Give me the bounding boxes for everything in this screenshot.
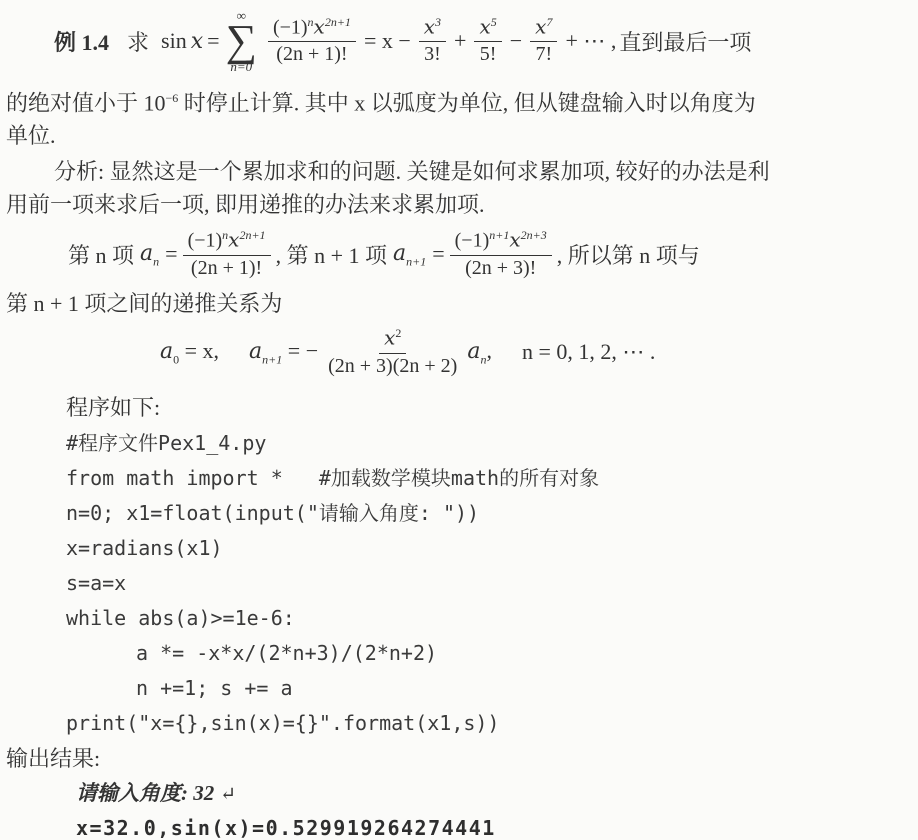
term-x3-fraction: x3 3! (419, 15, 446, 67)
analysis-line-2: 用前一项来求后一项, 即用递推的办法来求累加项. (0, 188, 918, 221)
a-n-fraction: (−1)nx2n+1 (2n + 1)! (183, 228, 271, 280)
summation-symbol: ∞ ∑ n=0 (226, 9, 257, 72)
paragraph-line-unit: 单位. (0, 119, 918, 152)
fraction-denominator: (2n + 1)! (271, 42, 352, 67)
expansion-start: = x − (364, 28, 411, 54)
code-line: n +=1; s += a (0, 671, 918, 706)
enter-key-icon: ↵ (220, 784, 236, 805)
paragraph-line-tolerance: 的绝对值小于 10−6 时停止计算. 其中 x 以弧度为单位, 但从键盘输入时以… (0, 82, 918, 119)
a-n1-lhs: an+1 = − (249, 338, 318, 367)
until-last-term-text: 直到最后一项 (619, 26, 751, 57)
a-n-factor: an, (467, 338, 492, 367)
so-term-n-text: , 所以第 n 项与 (557, 239, 700, 270)
example-label: 例 1.4 (54, 26, 109, 57)
example-formula-line: 例 1.4 求 sin x = ∞ ∑ n=0 (−1)nx2n+1 (2n +… (0, 0, 918, 82)
minus-operator: − (510, 28, 522, 54)
sin-label: sin (161, 28, 187, 54)
fraction-numerator: (−1)n+1x2n+3 (450, 228, 552, 255)
derivation-formula-line: 第 n 项 an = (−1)nx2n+1 (2n + 1)! , 第 n + … (0, 221, 918, 287)
fraction-denominator: (2n + 1)! (186, 256, 267, 281)
fraction-numerator: x5 (474, 15, 501, 42)
equals-sign: = (165, 241, 177, 267)
fraction-numerator: x7 (530, 15, 557, 42)
example-intro: 求 (127, 26, 149, 57)
equals-sign: = (432, 241, 444, 267)
a-n1-fraction: (−1)n+1x2n+3 (2n + 3)! (450, 228, 552, 280)
a-n-symbol: an (140, 240, 159, 269)
term-n1-label: , 第 n + 1 项 (276, 239, 387, 270)
exponent-minus6: −6 (166, 91, 179, 105)
sigma-icon: ∑ (226, 22, 257, 59)
term-x7-fraction: x7 7! (530, 15, 557, 67)
code-line: x=radians(x1) (0, 531, 918, 566)
fraction-numerator: x2 (379, 326, 406, 353)
x-variable: x (191, 29, 203, 54)
analysis-line-1: 分析: 显然这是一个累加求和的问题. 关键是如何求累加项, 较好的办法是利 (0, 155, 918, 188)
program-heading: 程序如下: (0, 390, 918, 426)
fraction-denominator: 7! (530, 42, 557, 67)
fraction-denominator: 5! (475, 42, 502, 67)
code-line: from math import * #加载数学模块math的所有对象 (0, 461, 918, 496)
fraction-denominator: (2n + 3)! (460, 256, 541, 281)
code-line: s=a=x (0, 566, 918, 601)
equals-sign: = (207, 28, 219, 54)
derivation-line-2: 第 n + 1 项之间的递推关系为 (0, 287, 918, 320)
ellipsis-tail: + ⋯ , (565, 28, 616, 54)
plus-operator: + (454, 28, 466, 54)
output-heading: 输出结果: (0, 741, 918, 776)
code-line: while abs(a)>=1e-6: (0, 601, 918, 636)
code-line: n=0; x1=float(input("请输入角度: ")) (0, 496, 918, 531)
term-n-label: 第 n 项 (68, 239, 134, 270)
recurrence-formula: a0 = x, an+1 = − x2 (2n + 3)(2n + 2) an,… (0, 320, 918, 384)
fraction-numerator: x3 (419, 15, 446, 42)
fraction-denominator: 3! (419, 42, 446, 67)
term-x5-fraction: x5 5! (474, 15, 501, 67)
code-line: print("x={},sin(x)={}".format(x1,s)) (0, 706, 918, 741)
fraction-denominator: (2n + 3)(2n + 2) (323, 354, 462, 379)
series-general-term-fraction: (−1)nx2n+1 (2n + 1)! (268, 15, 356, 67)
sum-lower-limit: n=0 (230, 60, 252, 73)
code-line: a *= -x*x/(2*n+3)/(2*n+2) (0, 636, 918, 671)
textbook-page: 例 1.4 求 sin x = ∞ ∑ n=0 (−1)nx2n+1 (2n +… (0, 0, 918, 840)
fraction-numerator: (−1)nx2n+1 (268, 15, 356, 42)
a-n1-symbol: an+1 (393, 240, 426, 269)
code-line: #程序文件Pex1_4.py (0, 426, 918, 461)
n-range-text: n = 0, 1, 2, ⋯ . (522, 339, 655, 365)
fraction-numerator: (−1)nx2n+1 (183, 228, 271, 255)
output-result-line: x=32.0,sin(x)=0.529919264274441 (0, 812, 918, 840)
a0-definition: a0 = x, (160, 338, 219, 367)
output-prompt-line: 请输入角度: 32↵ (0, 776, 918, 812)
recurrence-fraction: x2 (2n + 3)(2n + 2) (323, 326, 462, 378)
